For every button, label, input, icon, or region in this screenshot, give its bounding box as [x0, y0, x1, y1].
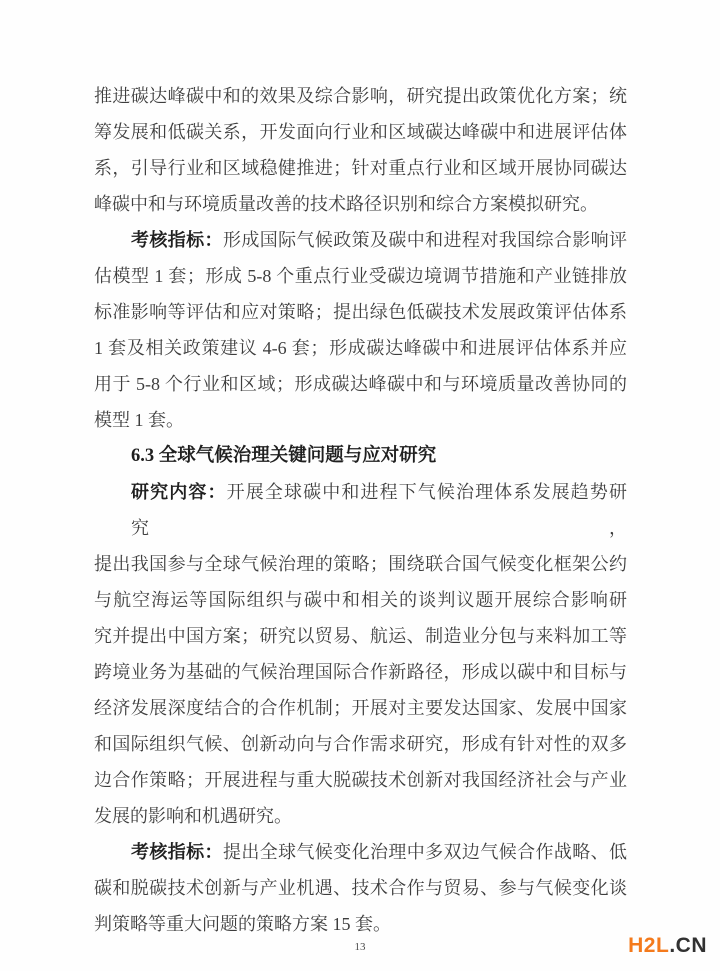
- document-page: 推进碳达峰碳中和的效果及综合影响，研究提出政策优化方案；统筹发展和低碳关系，开发…: [0, 0, 720, 971]
- paragraph-line: 考核指标：提出全球气候变化治理中多双边气候合作战略、低: [94, 834, 627, 870]
- paragraph-line: 模型 1 套。: [94, 402, 627, 438]
- paragraph-label: 考核指标：: [131, 842, 223, 862]
- watermark-primary-text: H2L: [628, 934, 669, 957]
- paragraph-line: 边合作策略；开展进程与重大脱碳技术创新对我国经济社会与产业: [94, 762, 627, 798]
- section-heading: 6.3 全球气候治理关键问题与应对研究: [94, 438, 627, 474]
- paragraph-label: 考核指标：: [131, 230, 223, 250]
- watermark-secondary-text: .CN: [669, 934, 707, 957]
- paragraph-line: 研究内容：开展全球碳中和进程下气候治理体系发展趋势研究，: [94, 474, 627, 546]
- paragraph-label: 研究内容：: [131, 482, 227, 502]
- paragraph-line: 跨境业务为基础的气候治理国际合作新路径，形成以碳中和目标与: [94, 654, 627, 690]
- watermark-logo: H2L.CN: [628, 933, 707, 959]
- paragraph-line: 推进碳达峰碳中和的效果及综合影响，研究提出政策优化方案；统: [94, 78, 627, 114]
- paragraph-line: 考核指标：形成国际气候政策及碳中和进程对我国综合影响评: [94, 222, 627, 258]
- paragraph-line: 究并提出中国方案；研究以贸易、航运、制造业分包与来料加工等: [94, 618, 627, 654]
- paragraph-line: 标准影响等评估和应对策略；提出绿色低碳技术发展政策评估体系: [94, 294, 627, 330]
- paragraph-line: 经济发展深度结合的合作机制；开展对主要发达国家、发展中国家: [94, 690, 627, 726]
- paragraph-line: 与航空海运等国际组织与碳中和相关的谈判议题开展综合影响研: [94, 582, 627, 618]
- paragraph-line: 判策略等重大问题的策略方案 15 套。: [94, 906, 627, 942]
- document-body: 推进碳达峰碳中和的效果及综合影响，研究提出政策优化方案；统筹发展和低碳关系，开发…: [94, 78, 627, 942]
- paragraph-line: 系，引导行业和区域稳健推进；针对重点行业和区域开展协同碳达: [94, 150, 627, 186]
- paragraph-line: 用于 5-8 个行业和区域；形成碳达峰碳中和与环境质量改善协同的: [94, 366, 627, 402]
- paragraph-line: 发展的影响和机遇研究。: [94, 798, 627, 834]
- paragraph-line: 和国际组织气候、创新动向与合作需求研究，形成有针对性的双多: [94, 726, 627, 762]
- paragraph-line: 估模型 1 套；形成 5-8 个重点行业受碳边境调节措施和产业链排放: [94, 258, 627, 294]
- paragraph-line: 提出我国参与全球气候治理的策略；围绕联合国气候变化框架公约: [94, 546, 627, 582]
- page-number: 13: [0, 939, 720, 955]
- paragraph-line: 碳和脱碳技术创新与产业机遇、技术合作与贸易、参与气候变化谈: [94, 870, 627, 906]
- paragraph-line: 筹发展和低碳关系，开发面向行业和区域碳达峰碳中和进展评估体: [94, 114, 627, 150]
- paragraph-line: 1 套及相关政策建议 4-6 套；形成碳达峰碳中和进展评估体系并应: [94, 330, 627, 366]
- paragraph-line: 峰碳中和与环境质量改善的技术路径识别和综合方案模拟研究。: [94, 186, 627, 222]
